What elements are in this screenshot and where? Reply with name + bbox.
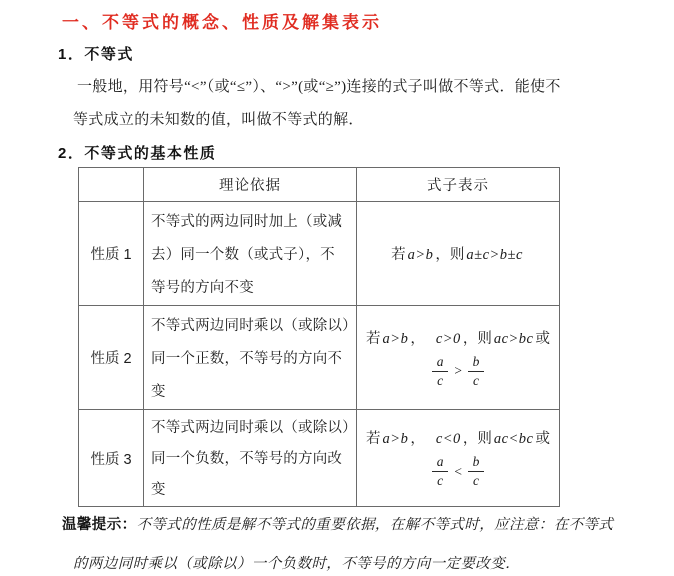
header-blank-cell <box>79 168 144 202</box>
property-3-label: 性质 3 <box>79 410 144 507</box>
property-1-formula: 若a>b，则a±c>b±c <box>357 202 560 306</box>
section-2-heading: 2．不等式的基本性质 <box>58 142 216 163</box>
formula-condition-1: a>b <box>381 431 411 447</box>
property-3-formula: 若a>b，c<0，则ac<bc或 a c < b c <box>357 410 560 507</box>
properties-table: 理论依据 式子表示 性质 1 不等式的两边同时加上（或减 去）同一个数（或式子）… <box>78 167 560 507</box>
header-basis-cell: 理论依据 <box>144 168 357 202</box>
formula-then-text: 则 <box>477 431 492 447</box>
note-label: 温馨提示： <box>62 517 137 533</box>
formula-condition-1: a>b <box>406 247 436 263</box>
section-1-paragraph-line-2: 等式成立的未知数的值，叫做不等式的解． <box>73 108 364 129</box>
section-1-heading: 1．不等式 <box>58 43 134 64</box>
formula-if-text: 若 <box>366 431 381 447</box>
comma: ， <box>435 247 450 263</box>
fraction-denominator: c <box>437 372 443 389</box>
document-page: 一、不等式的概念、性质及解集表示 1．不等式 一般地，用符号“<”（或“≤”）、… <box>0 0 674 576</box>
fraction-operator: < <box>453 464 462 480</box>
header-expression-cell: 式子表示 <box>357 168 560 202</box>
formula-or-text: 或 <box>535 431 550 447</box>
table-row-property-2: 性质 2 不等式两边同时乘以（或除以） 同一个正数，不等号的方向不 变 若a>b… <box>79 306 560 410</box>
formula-condition-2: c>0 <box>434 331 463 347</box>
property-3-basis: 不等式两边同时乘以（或除以） 同一个负数，不等号的方向改 变 <box>144 410 357 507</box>
basis-line: 去）同一个数（或式子），不 <box>151 239 352 272</box>
fraction-numerator: a <box>432 454 449 472</box>
property-1-basis: 不等式的两边同时加上（或减 去）同一个数（或式子），不 等号的方向不变 <box>144 202 357 306</box>
fraction-numerator: b <box>468 454 485 472</box>
note-line-2: 的两边同时乘以（或除以）一个负数时，不等号的方向一定要改变． <box>73 552 520 573</box>
formula-if-text: 若 <box>366 331 381 347</box>
note-line-1: 温馨提示：不等式的性质是解不等式的重要依据，在解不等式时，应注意：在不等式 <box>62 513 613 534</box>
fraction-numerator: b <box>468 354 485 372</box>
formula-expression: ac>bc <box>492 331 536 347</box>
basis-line: 不等式两边同时乘以（或除以） <box>151 413 352 444</box>
table-row-property-3: 性质 3 不等式两边同时乘以（或除以） 同一个负数，不等号的方向改 变 若a>b… <box>79 410 560 507</box>
fraction-left: a c <box>432 454 449 488</box>
fraction-numerator: a <box>432 354 449 372</box>
property-1-label: 性质 1 <box>79 202 144 306</box>
fraction-denominator: c <box>473 472 479 489</box>
fraction-inequality: a c < b c <box>432 454 485 488</box>
comma: ， <box>410 331 425 347</box>
property-2-basis: 不等式两边同时乘以（或除以） 同一个正数，不等号的方向不 变 <box>144 306 357 410</box>
basis-line: 不等式两边同时乘以（或除以） <box>151 310 352 343</box>
fraction-denominator: c <box>473 372 479 389</box>
formula-then-text: 则 <box>477 331 492 347</box>
basis-line: 不等式的两边同时加上（或减 <box>151 206 352 239</box>
table-header-row: 理论依据 式子表示 <box>79 168 560 202</box>
fraction-right: b c <box>468 454 485 488</box>
property-2-label: 性质 2 <box>79 306 144 410</box>
fraction-right: b c <box>468 354 485 388</box>
section-1-paragraph-line-1: 一般地，用符号“<”（或“≤”）、“>”(或“≥”)连接的式子叫做不等式．能使不 <box>77 75 561 96</box>
property-2-formula: 若a>b，c>0，则ac>bc或 a c > b c <box>357 306 560 410</box>
fraction-denominator: c <box>437 472 443 489</box>
note-text: 的两边同时乘以（或除以）一个负数时，不等号的方向一定要改变． <box>73 556 520 572</box>
fraction-inequality: a c > b c <box>432 354 485 388</box>
formula-condition-2: c<0 <box>434 431 463 447</box>
formula-expression: ac<bc <box>492 431 536 447</box>
fraction-left: a c <box>432 354 449 388</box>
formula-condition-1: a>b <box>381 331 411 347</box>
note-text: 不等式的性质是解不等式的重要依据，在解不等式时，应注意：在不等式 <box>137 517 614 533</box>
formula-then-text: 则 <box>450 247 465 263</box>
formula-expression: a±c>b±c <box>464 247 525 263</box>
basis-line: 变 <box>151 475 352 506</box>
formula-or-text: 或 <box>535 331 550 347</box>
comma: ， <box>463 431 478 447</box>
basis-line: 等号的方向不变 <box>151 272 352 305</box>
doc-title: 一、不等式的概念、性质及解集表示 <box>62 8 382 33</box>
table-row-property-1: 性质 1 不等式的两边同时加上（或减 去）同一个数（或式子），不 等号的方向不变… <box>79 202 560 306</box>
basis-line: 同一个正数，不等号的方向不 <box>151 343 352 376</box>
fraction-operator: > <box>453 363 462 379</box>
comma: ， <box>463 331 478 347</box>
basis-line: 同一个负数，不等号的方向改 <box>151 444 352 475</box>
basis-line: 变 <box>151 376 352 409</box>
comma: ， <box>410 431 425 447</box>
formula-if-text: 若 <box>391 247 406 263</box>
